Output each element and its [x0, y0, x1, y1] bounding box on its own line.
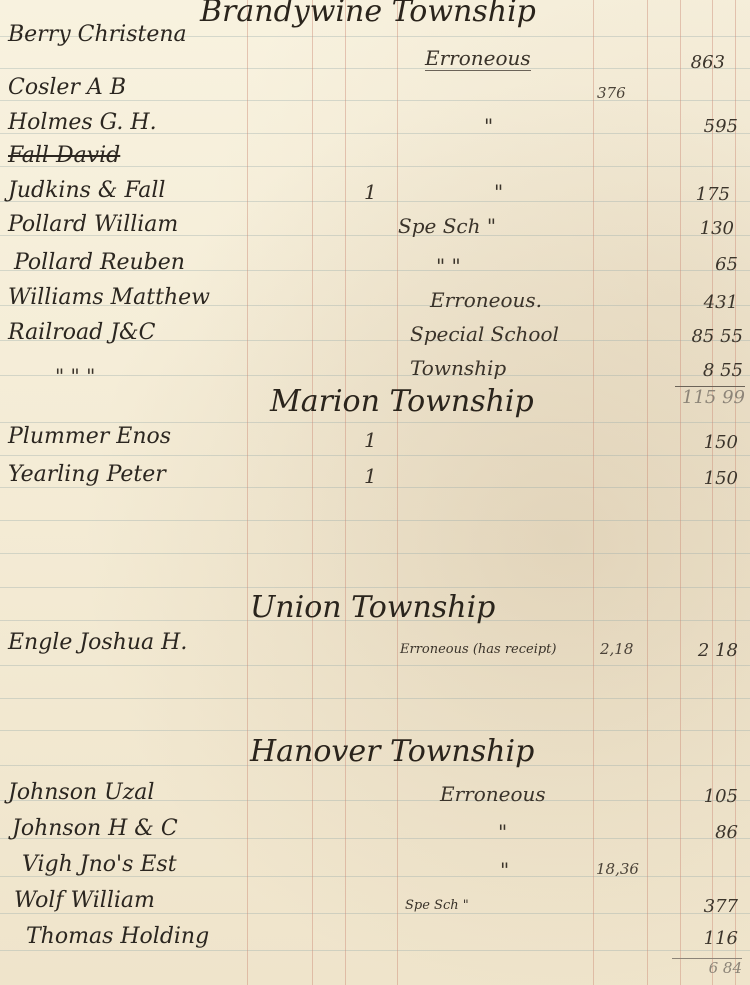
rule-line: [0, 665, 750, 666]
rule-line: [0, 455, 750, 456]
entry-note: Special School: [410, 322, 559, 346]
entry-name: Wolf William: [14, 888, 155, 913]
entry-ditto: ": [498, 820, 507, 844]
entry-mid-amount: 18,36: [596, 860, 639, 878]
entry-amount: 2 18: [668, 640, 738, 661]
entry-mid-amount: 2,18: [600, 640, 633, 658]
entry-amount: 863: [655, 52, 725, 73]
entry-ditto: ": [484, 114, 493, 138]
entry-mark: 1: [364, 180, 377, 204]
entry-amount: 8 55: [673, 360, 743, 381]
column-line: [247, 0, 248, 985]
entry-name: Cosler A B: [8, 75, 126, 100]
entry-note: Erroneous: [440, 782, 546, 806]
column-line: [397, 0, 398, 985]
entry-amount: 86: [668, 822, 738, 843]
entry-name: Plummer Enos: [8, 424, 171, 449]
entry-name: Judkins & Fall: [8, 178, 165, 203]
entry-name: Johnson H & C: [12, 816, 178, 841]
column-line: [647, 0, 648, 985]
entry-amount: 595: [668, 116, 738, 137]
entry-ditto: " ": [436, 254, 461, 278]
section-subtotal: 6 84: [672, 958, 742, 977]
entry-ditto: ": [494, 180, 503, 204]
section-subtotal: 115 99: [675, 386, 745, 408]
entry-name: Berry Christena: [8, 22, 187, 47]
entry-amount: 130: [664, 218, 734, 239]
entry-note: Erroneous (has receipt): [400, 642, 556, 657]
entry-name: Vigh Jno's Est: [22, 852, 177, 877]
entry-amount: 175: [660, 184, 730, 205]
section-heading-marion: Marion Township: [270, 384, 534, 419]
entry-ditto: ": [500, 858, 509, 882]
entry-ditto-name: " " ": [55, 364, 95, 388]
rule-line: [0, 68, 750, 69]
column-line: [593, 0, 594, 985]
rule-line: [0, 375, 750, 376]
rule-line: [0, 950, 750, 951]
entry-amount: 150: [668, 432, 738, 453]
column-line: [312, 0, 313, 985]
rule-line: [0, 913, 750, 914]
entry-note: Erroneous.: [430, 288, 542, 312]
section-heading-brandywine: Brandywine Township: [200, 0, 536, 29]
rule-line: [0, 520, 750, 521]
entry-amount: 150: [668, 468, 738, 489]
entry-name: Thomas Holding: [26, 924, 209, 949]
entry-name: Holmes G. H.: [8, 110, 157, 135]
entry-name: Railroad J&C: [8, 320, 155, 345]
entry-amount: 377: [668, 896, 738, 917]
entry-amount: 105: [668, 786, 738, 807]
entry-amount: 431: [668, 292, 738, 313]
entry-note: Erroneous: [425, 46, 531, 71]
rule-line: [0, 100, 750, 101]
entry-name: Engle Joshua H.: [8, 630, 187, 655]
entry-mid-amount: 376: [597, 84, 626, 102]
column-line: [345, 0, 346, 985]
entry-name: Williams Matthew: [8, 285, 210, 310]
entry-mark: 1: [364, 428, 377, 452]
entry-name: Pollard William: [8, 212, 178, 237]
entry-note: Township: [410, 356, 506, 380]
entry-name: Johnson Uzal: [8, 780, 154, 805]
section-heading-hanover: Hanover Township: [250, 734, 534, 769]
entry-note: Spe Sch ": [405, 898, 469, 913]
section-heading-union: Union Township: [250, 590, 495, 625]
rule-line: [0, 587, 750, 588]
entry-amount: 65: [668, 254, 738, 275]
entry-name-struck: Fall David: [8, 143, 120, 168]
rule-line: [0, 698, 750, 699]
rule-line: [0, 422, 750, 423]
entry-mark: 1: [364, 464, 377, 488]
ledger-page: Brandywine Township Berry Christena Erro…: [0, 0, 750, 985]
rule-line: [0, 553, 750, 554]
rule-line: [0, 730, 750, 731]
entry-name: Pollard Reuben: [14, 250, 185, 275]
entry-amount: 85 55: [673, 326, 743, 347]
entry-note: Spe Sch ": [398, 214, 496, 238]
entry-amount: 116: [668, 928, 738, 949]
entry-name: Yearling Peter: [8, 462, 166, 487]
